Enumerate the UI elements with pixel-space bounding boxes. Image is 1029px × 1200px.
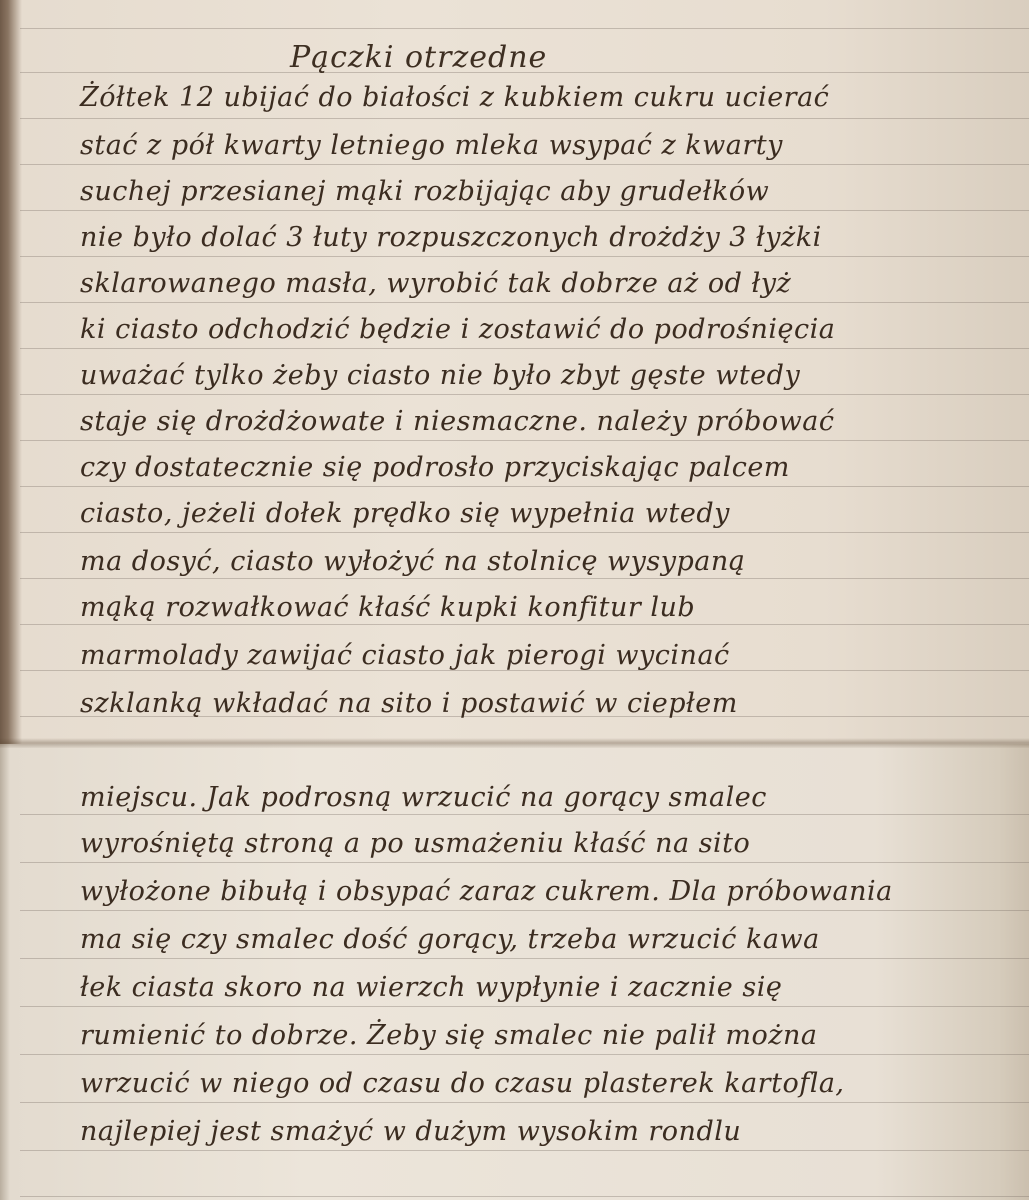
- handwritten-line: rumienić to dobrze. Żeby się smalec nie …: [80, 1020, 974, 1051]
- page-seam: [0, 738, 1029, 748]
- ruled-line: [20, 1054, 1029, 1055]
- ruled-line: [20, 302, 1029, 303]
- ruled-line: [20, 862, 1029, 863]
- ruled-line: [20, 814, 1029, 815]
- handwritten-line: nie było dolać 3 łuty rozpuszczonych dro…: [80, 222, 974, 253]
- handwritten-line: stać z pół kwarty letniego mleka wsypać …: [80, 130, 974, 161]
- handwritten-line: ciasto, jeżeli dołek prędko się wypełnia…: [80, 498, 974, 529]
- notebook-page-top: Pączki otrzedne Żółtek 12 ubijać do biał…: [0, 0, 1029, 744]
- ruled-line: [20, 440, 1029, 441]
- ruled-line: [20, 28, 1029, 29]
- ruled-line: [20, 1006, 1029, 1007]
- handwritten-line: marmolady zawijać ciasto jak pierogi wyc…: [80, 640, 974, 671]
- ruled-line: [20, 164, 1029, 165]
- handwritten-line: wrzucić w niego od czasu do czasu plaste…: [80, 1068, 974, 1099]
- handwritten-line: suchej przesianej mąki rozbijając aby gr…: [80, 176, 974, 207]
- handwritten-line: miejscu. Jak podrosną wrzucić na gorący …: [80, 782, 974, 813]
- ruled-line: [20, 256, 1029, 257]
- ruled-line: [20, 210, 1029, 211]
- handwritten-line: ma dosyć, ciasto wyłożyć na stolnicę wys…: [80, 546, 974, 577]
- ruled-line: [20, 1196, 1029, 1197]
- handwritten-line: uważać tylko żeby ciasto nie było zbyt g…: [80, 360, 974, 391]
- ruled-line: [20, 1102, 1029, 1103]
- handwritten-line: ma się czy smalec dość gorący, trzeba wr…: [80, 924, 974, 955]
- handwritten-line: sklarowanego masła, wyrobić tak dobrze a…: [80, 268, 974, 299]
- handwritten-line: czy dostatecznie się podrosło przyciskaj…: [80, 452, 974, 483]
- handwritten-line: mąką rozwałkować kłaść kupki konfitur lu…: [80, 592, 974, 623]
- ruled-line: [20, 1150, 1029, 1151]
- ruled-line: [20, 532, 1029, 533]
- handwritten-line: szklanką wkładać na sito i postawić w ci…: [80, 688, 974, 719]
- ruled-line: [20, 958, 1029, 959]
- ruled-line: [20, 394, 1029, 395]
- handwritten-line: Żółtek 12 ubijać do białości z kubkiem c…: [80, 82, 974, 113]
- handwritten-line: wyłożone bibułą i obsypać zaraz cukrem. …: [80, 876, 974, 907]
- ruled-line: [20, 578, 1029, 579]
- handwritten-line: łek ciasta skoro na wierzch wypłynie i z…: [80, 972, 974, 1003]
- handwritten-line: najlepiej jest smażyć w dużym wysokim ro…: [80, 1116, 974, 1147]
- ruled-line: [20, 624, 1029, 625]
- ruled-line: [20, 348, 1029, 349]
- handwritten-line: wyrośniętą stroną a po usmażeniu kłaść n…: [80, 828, 974, 859]
- handwritten-line: staje się drożdżowate i niesmaczne. nale…: [80, 406, 974, 437]
- handwritten-line: ki ciasto odchodzić będzie i zostawić do…: [80, 314, 974, 345]
- recipe-title: Pączki otrzedne: [290, 40, 547, 75]
- ruled-line: [20, 118, 1029, 119]
- ruled-line: [20, 910, 1029, 911]
- ruled-line: [20, 486, 1029, 487]
- notebook-page-bottom: miejscu. Jak podrosną wrzucić na gorący …: [0, 744, 1029, 1200]
